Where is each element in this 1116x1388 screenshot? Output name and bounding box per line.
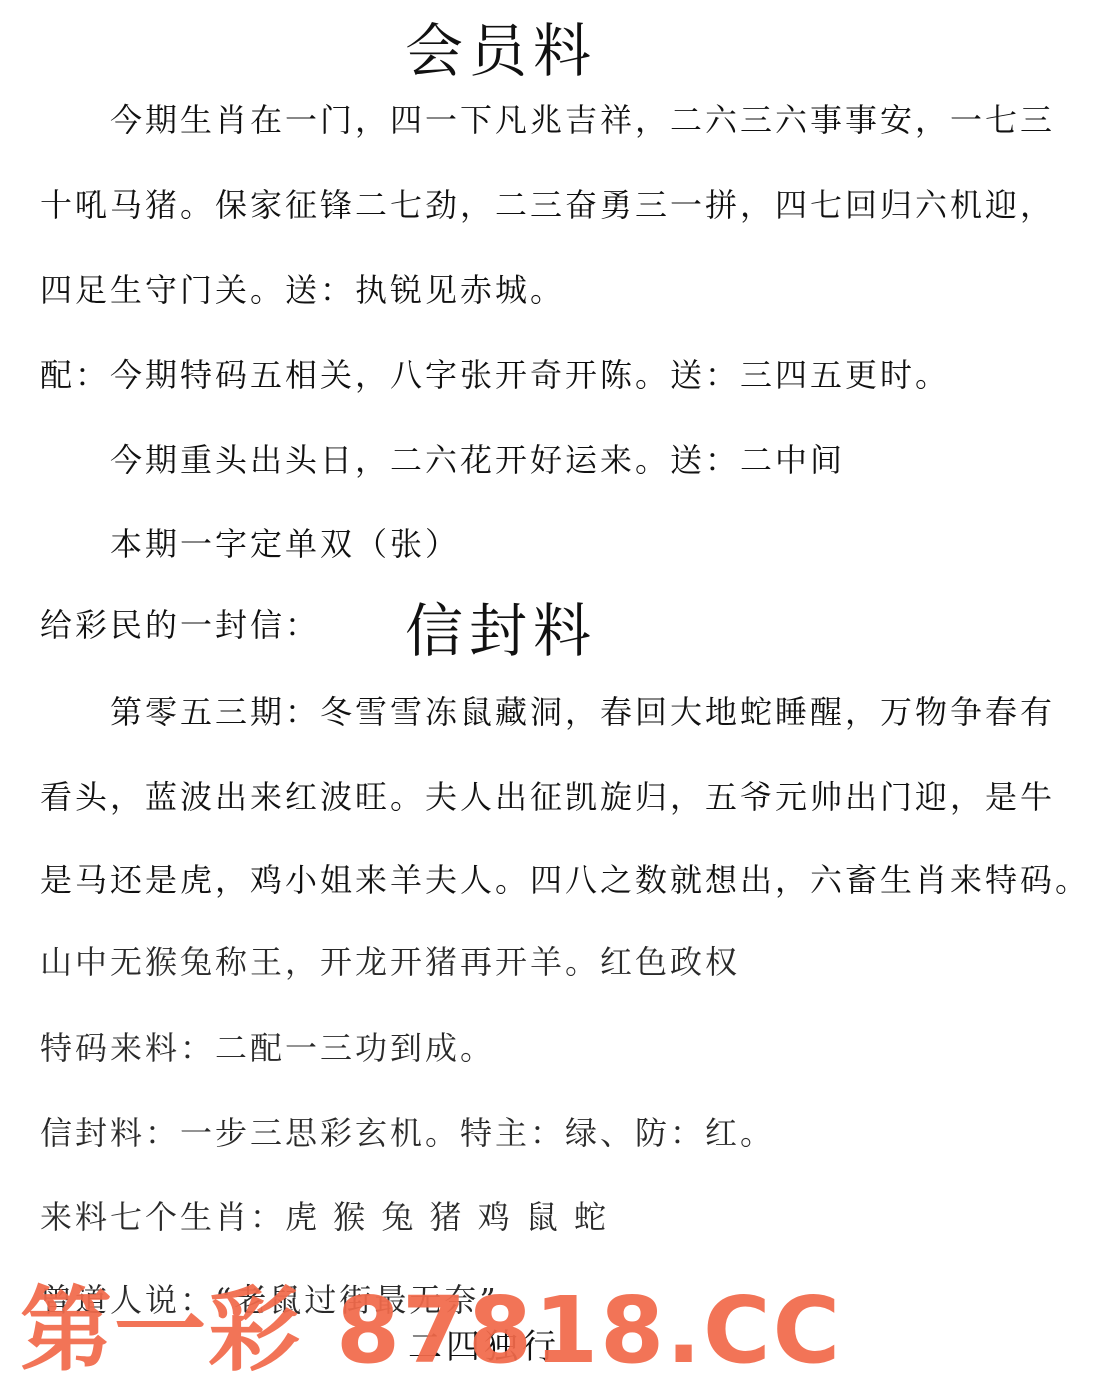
section2-paragraph-line-1: 第零五三期：冬雪雪冻鼠藏洞，春回大地蛇睡醒，万物争春有: [110, 696, 1055, 728]
section2-paragraph-line-2: 看头，蓝波出来红波旺。夫人出征凯旋归，五爷元帅出门迎，是牛: [40, 781, 1055, 813]
signature: 二四独行: [408, 1330, 560, 1364]
danshuang-line: 本期一字定单双（张）: [110, 528, 460, 560]
quote-line: 曾道人说：“老鼠过街最无奈”: [40, 1284, 499, 1316]
section2-paragraph-line-4: 山中无猴兔称王，开龙开猪再开羊。红色政权: [40, 946, 740, 978]
zodiacs-line: 来料七个生肖：虎 猴 兔 猪 鸡 鼠 蛇: [40, 1201, 609, 1233]
letter-label: 给彩民的一封信：: [40, 609, 320, 641]
section2-title: 信封料: [405, 602, 597, 660]
tema-line: 特码来料：二配一三功到成。: [40, 1032, 495, 1064]
chongtou-line: 今期重头出头日，二六花开好运来。送：二中间: [110, 444, 845, 476]
section1-paragraph-line-3: 四足生守门关。送：执锐见赤城。: [40, 274, 565, 306]
xinfeng-line: 信封料：一步三思彩玄机。特主：绿、防：红。: [40, 1117, 775, 1149]
section1-paragraph-line-2: 十吼马猪。保家征锋二七劲，二三奋勇三一拼，四七回归六机迎，: [40, 189, 1055, 221]
pei-line: 配：今期特码五相关，八字张开奇开陈。送：三四五更时。: [40, 359, 950, 391]
section1-paragraph-line-1: 今期生肖在一门，四一下凡兆吉祥，二六三六事事安，一七三: [110, 104, 1055, 136]
document-page: 会员料 今期生肖在一门，四一下凡兆吉祥，二六三六事事安，一七三 十吼马猪。保家征…: [0, 0, 1116, 1388]
section1-title: 会员料: [405, 22, 597, 80]
section2-paragraph-line-3: 是马还是虎，鸡小姐来羊夫人。四八之数就想出，六畜生肖来特码。: [40, 864, 1090, 896]
